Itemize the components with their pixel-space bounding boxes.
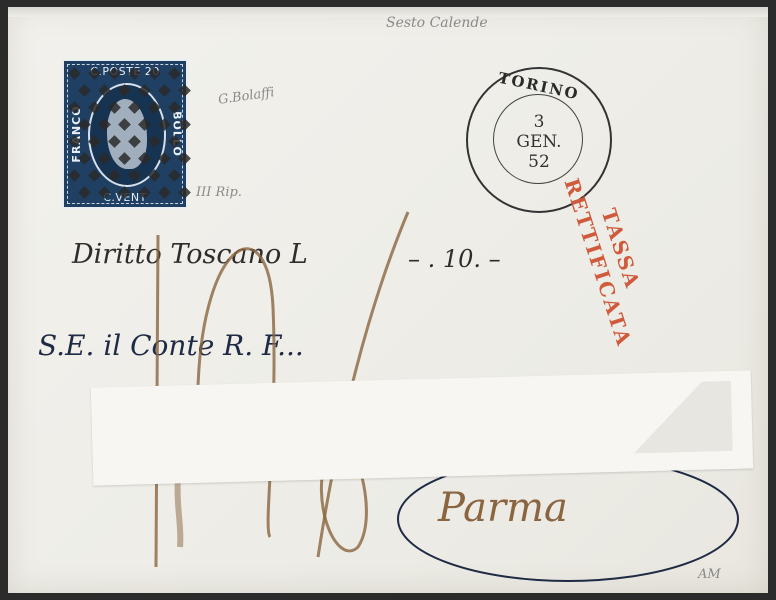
destination: Parma	[438, 485, 568, 531]
postal-cover: Sesto Calende C.POSTE 20 C.VENT FRANCO B…	[8, 7, 768, 593]
pencil-note-bottom-right: AM	[698, 567, 721, 582]
brown-rate-marks	[8, 7, 768, 593]
paper-repair-strip	[91, 370, 753, 485]
